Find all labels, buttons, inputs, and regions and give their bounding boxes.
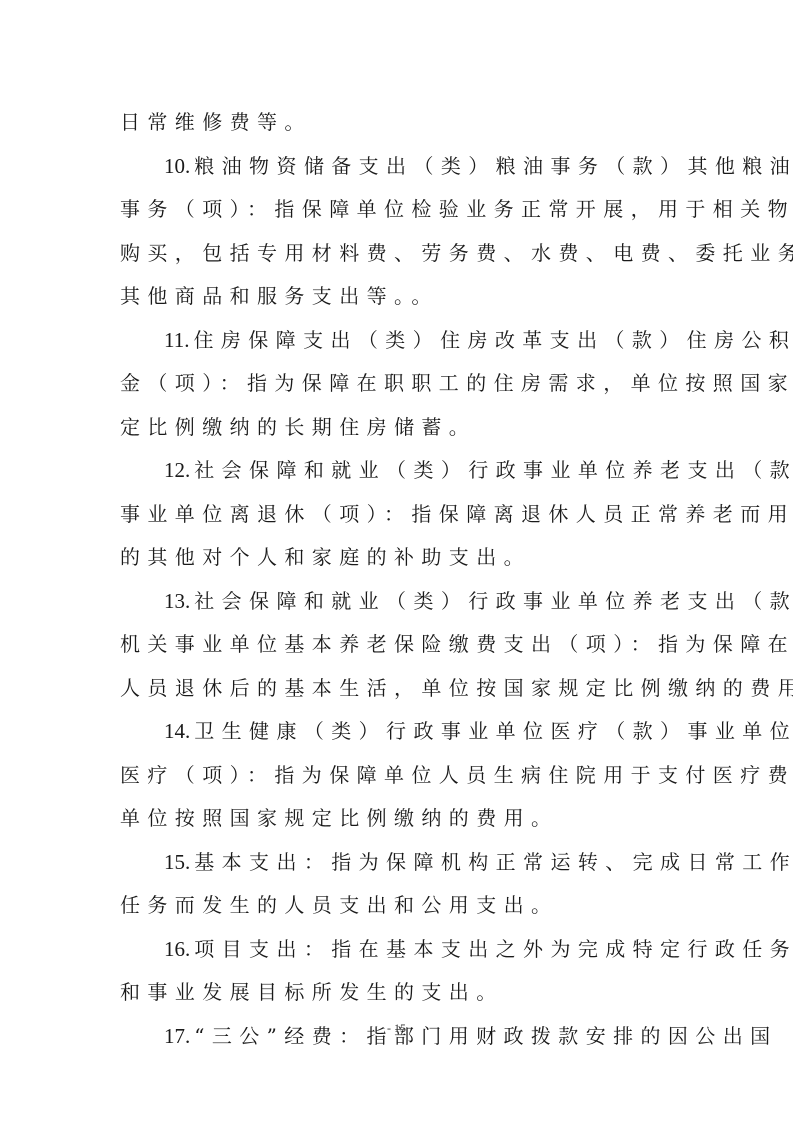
paragraph-11-line-1: 11.住房保障支出（类）住房改革支出（款）住房公积 xyxy=(120,319,680,363)
item-number: 13. xyxy=(164,589,190,613)
text-line: 事务（项）：指保障单位检验业务正常开展，用于相关物品 xyxy=(120,188,680,232)
item-number: 14. xyxy=(164,719,190,743)
item-number: 12. xyxy=(164,458,190,482)
item-number: 10. xyxy=(164,154,190,178)
text-line: 的其他对个人和家庭的补助支出。 xyxy=(120,536,680,580)
item-number: 16. xyxy=(164,937,190,961)
text-line: 日常维修费等。 xyxy=(120,101,680,145)
text-line: 购买，包括专用材料费、劳务费、水费、电费、委托业务费、 xyxy=(120,232,680,276)
text-line: 事业单位离退休（项）：指保障离退休人员正常养老而用于 xyxy=(120,493,680,537)
paragraph-15-line-1: 15.基本支出：指为保障机构正常运转、完成日常工作 xyxy=(120,841,680,885)
item-number: 15. xyxy=(164,850,190,874)
paragraph-12-line-1: 12.社会保障和就业（类）行政事业单位养老支出（款） xyxy=(120,449,680,493)
text-segment: 社会保障和就业（类）行政事业单位养老支出（款） xyxy=(194,589,793,613)
paragraph-10-line-1: 10.粮油物资储备支出（类）粮油事务（款）其他粮油 xyxy=(120,145,680,189)
text-segment: 基本支出：指为保障机构正常运转、完成日常工作 xyxy=(194,850,793,874)
text-line: 其他商品和服务支出等。。 xyxy=(120,275,680,319)
document-page: 日常维修费等。 10.粮油物资储备支出（类）粮油事务（款）其他粮油 事务（项）：… xyxy=(0,0,793,1122)
text-line: 单位按照国家规定比例缴纳的费用。 xyxy=(120,797,680,841)
text-line: 和事业发展目标所发生的支出。 xyxy=(120,971,680,1015)
paragraph-14-line-1: 14.卫生健康（类）行政事业单位医疗（款）事业单位 xyxy=(120,710,680,754)
text-line: 机关事业单位基本养老保险缴费支出（项）：指为保障在职 xyxy=(120,623,680,667)
text-segment: 社会保障和就业（类）行政事业单位养老支出（款） xyxy=(194,458,793,482)
text-line: 金（项）：指为保障在职职工的住房需求，单位按照国家规 xyxy=(120,362,680,406)
page-number: - 15 xyxy=(0,1021,793,1036)
text-line: 人员退休后的基本生活，单位按国家规定比例缴纳的费用。 xyxy=(120,667,680,711)
item-number: 11. xyxy=(164,328,189,352)
text-line: 医疗（项）：指为保障单位人员生病住院用于支付医疗费用， xyxy=(120,754,680,798)
text-line: 定比例缴纳的长期住房储蓄。 xyxy=(120,406,680,450)
paragraph-13-line-1: 13.社会保障和就业（类）行政事业单位养老支出（款） xyxy=(120,580,680,624)
body-text: 日常维修费等。 10.粮油物资储备支出（类）粮油事务（款）其他粮油 事务（项）：… xyxy=(120,101,680,1058)
text-line: 任务而发生的人员支出和公用支出。 xyxy=(120,884,680,928)
text-segment: 粮油物资储备支出（类）粮油事务（款）其他粮油 xyxy=(194,154,793,178)
paragraph-16-line-1: 16.项目支出：指在基本支出之外为完成特定行政任务 xyxy=(120,928,680,972)
text-segment: 住房保障支出（类）住房改革支出（款）住房公积 xyxy=(193,328,793,352)
text-segment: 项目支出：指在基本支出之外为完成特定行政任务 xyxy=(194,937,793,961)
text-segment: 卫生健康（类）行政事业单位医疗（款）事业单位 xyxy=(194,719,793,743)
